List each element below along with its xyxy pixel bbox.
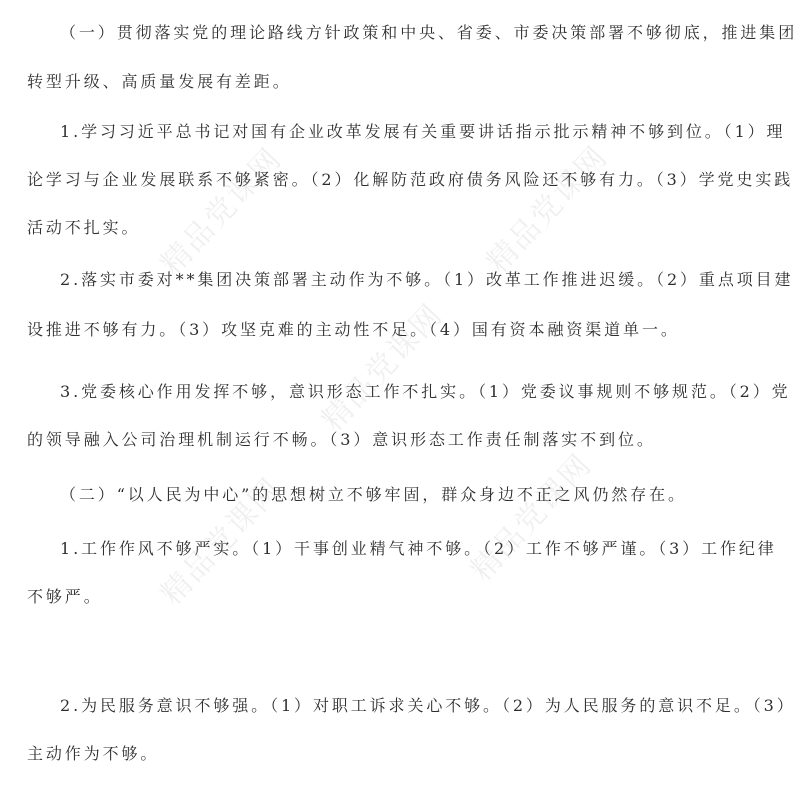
paragraph-line: 不够严。	[27, 585, 772, 609]
paragraph-line: 论学习与企业发展联系不够紧密。（2）化解防范政府债务风险还不够有力。（3）学党史…	[27, 168, 772, 192]
paragraph-line: 1.学习习近平总书记对国有企业改革发展有关重要讲话指示批示精神不够到位。（1）理	[60, 120, 772, 144]
paragraph-line: 3.党委核心作用发挥不够，意识形态工作不扎实。（1）党委议事规则不够规范。（2）…	[60, 380, 772, 404]
paragraph-line: 2.为民服务意识不够强。（1）对职工诉求关心不够。（2）为人民服务的意识不足。（…	[60, 694, 772, 718]
document-page: 精品党课网 精品党课网 精品党课网 精品党课网 精品党课网 （一）贯彻落实党的理…	[0, 0, 800, 800]
heading-line: （一）贯彻落实党的理论路线方针政策和中央、省委、市委决策部署不够彻底，推进集团	[60, 21, 772, 45]
heading-line: （二）“以人民为中心”的思想树立不够牢固，群众身边不正之风仍然存在。	[60, 483, 772, 507]
paragraph-line: 活动不扎实。	[27, 216, 772, 240]
paragraph-line: 2.落实市委对**集团决策部署主动作为不够。（1）改革工作推进迟缓。（2）重点项…	[60, 268, 772, 292]
paragraph-line: 的领导融入公司治理机制运行不畅。（3）意识形态工作责任制落实不到位。	[27, 428, 772, 452]
heading-line: 转型升级、高质量发展有差距。	[27, 70, 772, 94]
paragraph-line: 1.工作作风不够严实。（1）干事创业精气神不够。（2）工作不够严谨。（3）工作纪…	[60, 537, 772, 561]
watermark: 精品党课网	[442, 424, 621, 612]
paragraph-line: 主动作为不够。	[27, 742, 772, 766]
paragraph-line: 设推进不够有力。（3）攻坚克难的主动性不足。（4）国有资本融资渠道单一。	[27, 318, 772, 342]
